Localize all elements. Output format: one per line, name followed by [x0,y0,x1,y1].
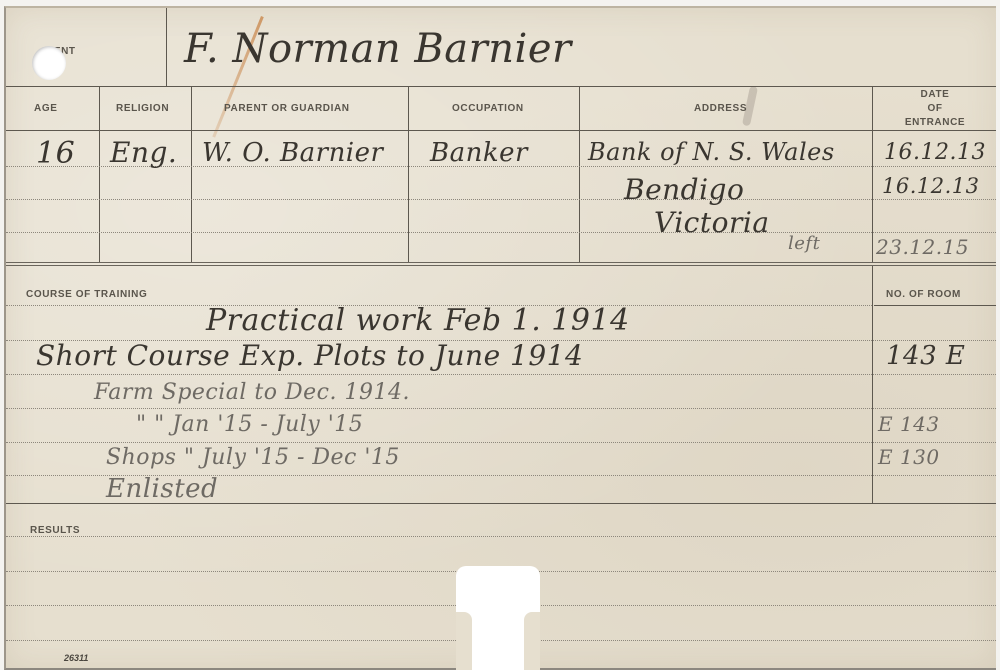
header-age: AGE [34,103,57,114]
header-address: ADDRESS [694,103,747,114]
value-date-entrance-3: 23.12.15 [876,235,969,259]
col-divider-age [99,86,100,262]
header-parent-or-guardian: PARENT OR GUARDIAN [224,103,350,114]
header-date-line-2: OF [874,102,996,116]
guide-line [6,199,996,200]
header-date-line-1: DATE [874,88,996,102]
punch-hole [32,46,66,80]
rule-under-name [6,86,996,87]
notch-shoulder-left [456,612,472,670]
header-occupation: OCCUPATION [452,103,524,114]
value-parent-or-guardian: W. O. Barnier [202,138,383,168]
training-entry-5: Shops " July '15 - Dec '15 [106,445,400,470]
course-of-training-label: COURSE OF TRAINING [26,289,147,300]
value-occupation: Banker [430,138,528,168]
value-age: 16 [36,136,75,171]
guide-line [6,536,996,537]
col-divider-parent [408,86,409,262]
col-divider-address [872,86,873,262]
value-address-note: left [788,233,820,254]
scanned-card-image: DENT F. Norman Barnier AGE RELIGION PARE… [0,0,1000,670]
value-date-entrance-2: 16.12.13 [882,174,980,198]
room-entry-5: E 130 [878,445,940,469]
room-label-underline [874,305,996,306]
value-address-line-2: Bendigo [624,173,744,206]
notch-shoulder-right [524,612,540,670]
rule-under-headers [6,130,996,131]
training-entry-2: Short Course Exp. Plots to June 1914 [36,339,583,372]
header-date-line-3: ENTRANCE [874,116,996,130]
guide-line [6,232,996,233]
col-divider-occupation [579,86,580,262]
room-entry-4: E 143 [878,412,940,436]
section-rule-training [6,262,996,266]
guide-line [6,442,996,443]
student-name: F. Norman Barnier [184,26,572,72]
value-date-entrance-1: 16.12.13 [884,140,986,165]
value-address-line-1: Bank of N. S. Wales [588,138,835,166]
guide-line [6,408,996,409]
room-column-divider [872,266,873,503]
room-entry-2: 143 E [886,341,965,371]
training-entry-6: Enlisted [106,474,218,504]
training-entry-1: Practical work Feb 1. 1914 [206,303,630,338]
guide-line [6,374,996,375]
room-number-label: NO. OF ROOM [886,289,961,300]
header-date-of-entrance: DATE OF ENTRANCE [874,88,996,130]
training-entry-3: Farm Special to Dec. 1914. [94,380,410,405]
header-religion: RELIGION [116,103,169,114]
name-divider [166,8,167,86]
card-serial-number: 26311 [64,653,88,663]
value-address-line-3: Victoria [654,206,770,239]
col-divider-religion [191,86,192,262]
results-label: RESULTS [30,525,80,536]
value-religion: Eng. [110,136,177,169]
section-rule-results [6,503,996,504]
training-entry-4: " " Jan '15 - July '15 [136,412,363,437]
